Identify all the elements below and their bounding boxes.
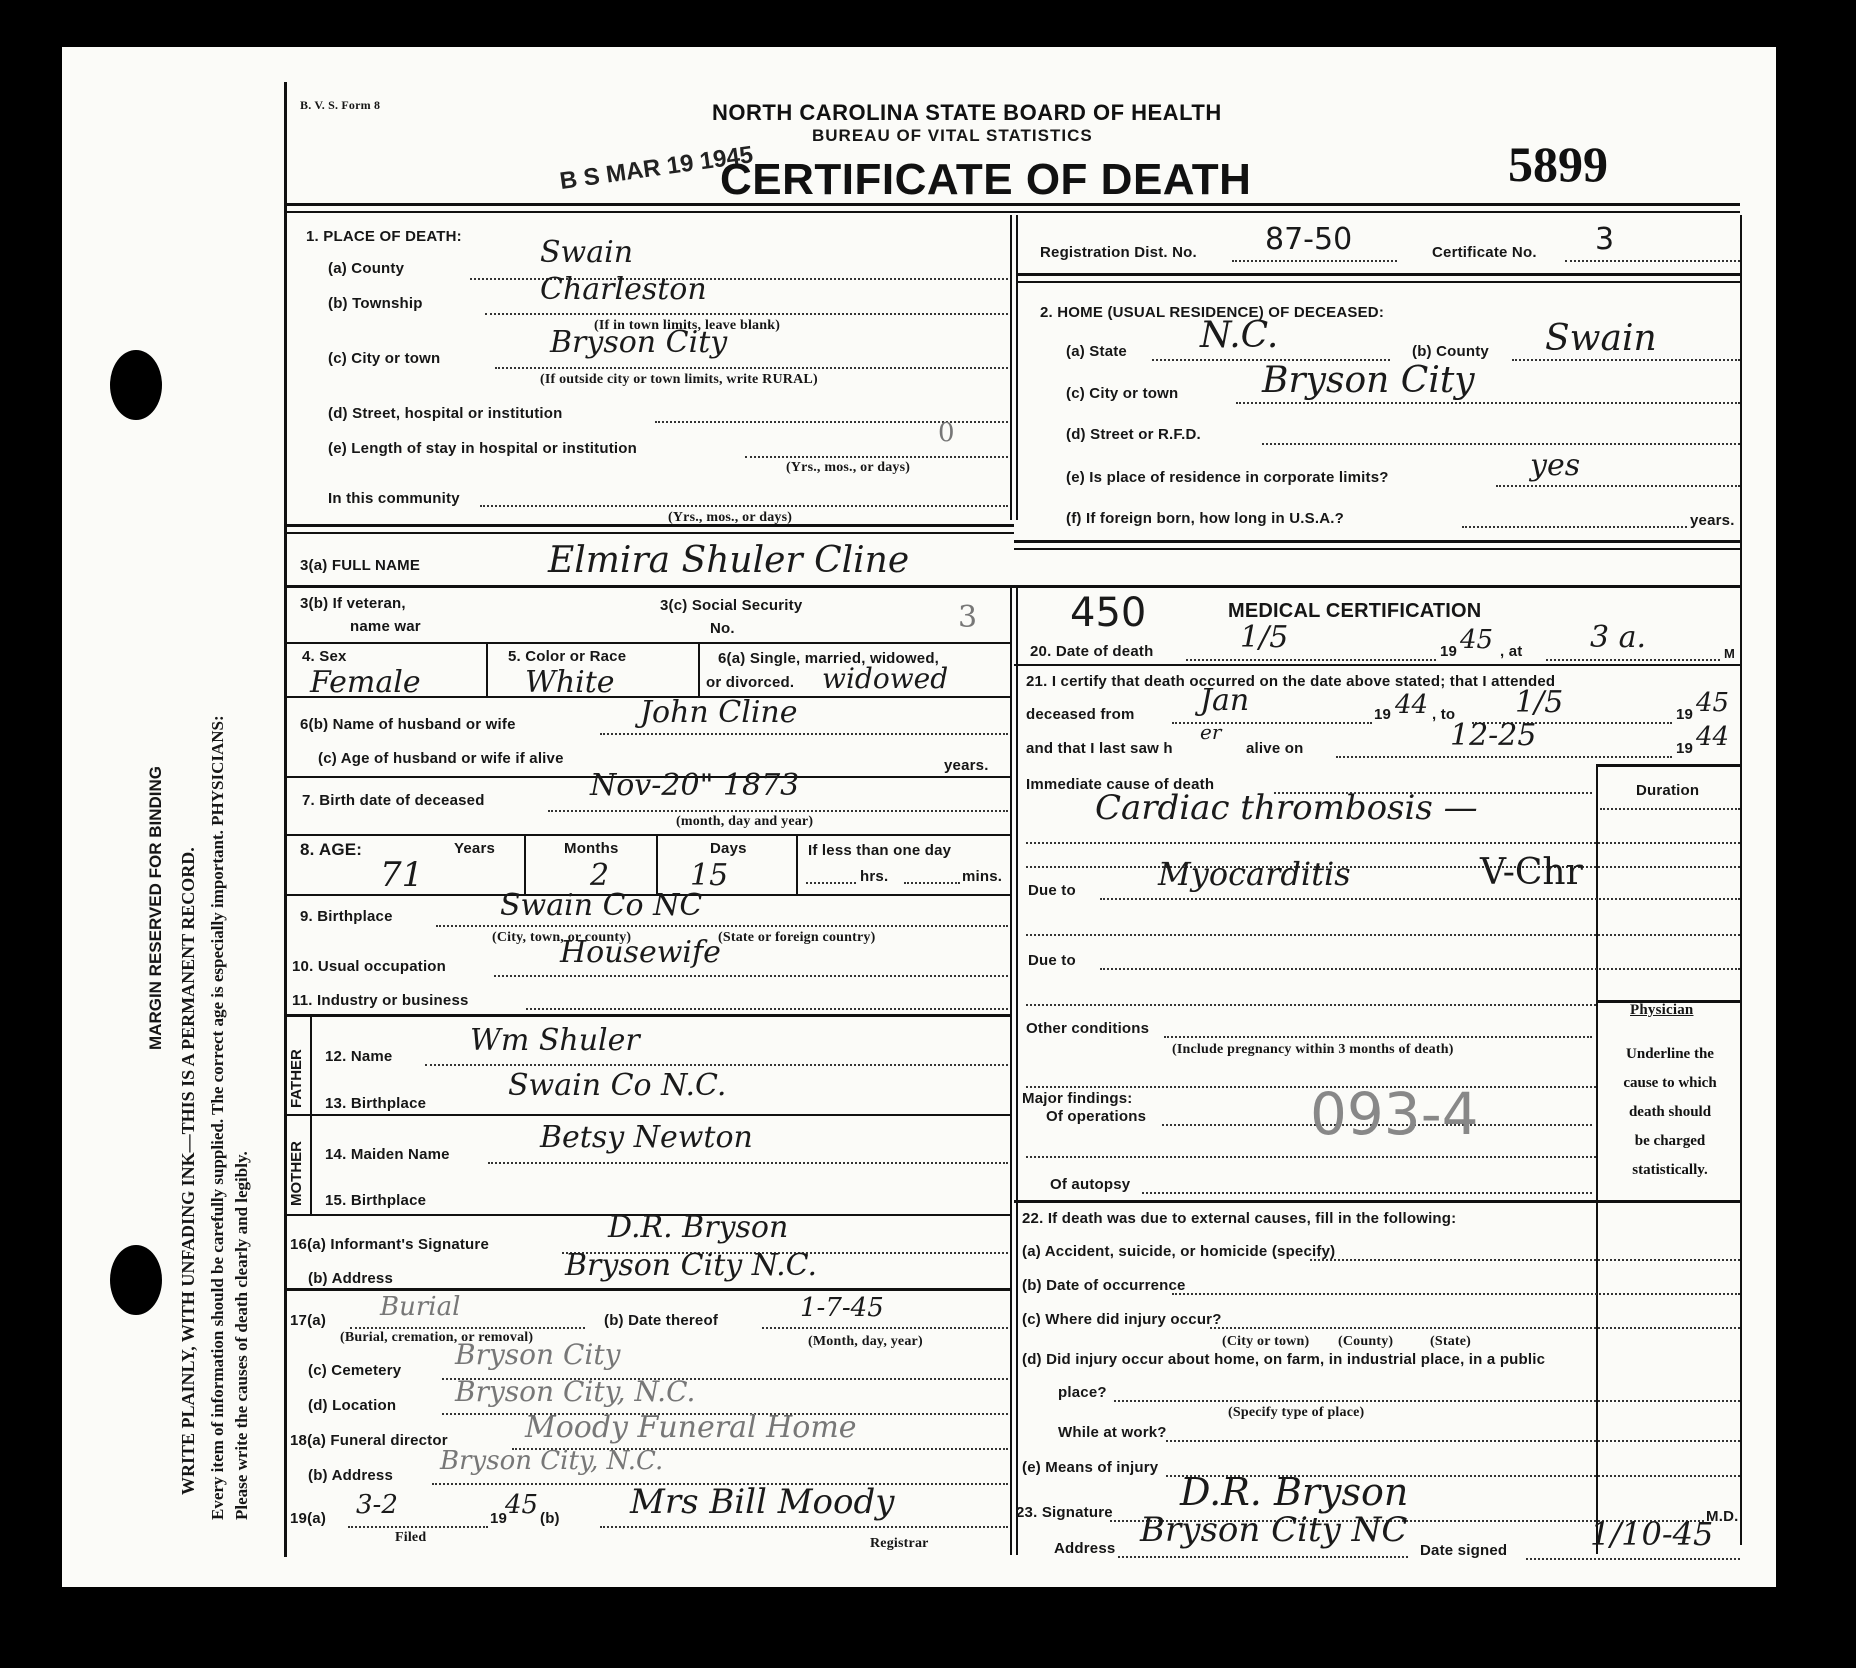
place-of-death-label: 1. PLACE OF DEATH: (306, 228, 462, 245)
birth-date-label: 7. Birth date of deceased (302, 792, 485, 809)
date-signed-line (1526, 1558, 1740, 1560)
race-marital-divider (698, 642, 700, 696)
due-to-line-2 (1100, 968, 1740, 970)
ssn-label-1: 3(c) Social Security (660, 597, 802, 614)
to-value: 1/5 (1515, 685, 1563, 720)
age-years-value: 71 (380, 855, 423, 895)
death-city-value: Bryson City (550, 325, 727, 360)
due-to-value-1: Myocarditis (1158, 855, 1351, 893)
code-stamp: 093-4 (1310, 1080, 1479, 1148)
burial-date-label: (b) Date thereof (604, 1312, 718, 1329)
registrar-line (600, 1526, 1008, 1528)
days-label: Days (710, 840, 747, 857)
informant-label: 16(a) Informant's Signature (290, 1236, 489, 1253)
veteran-divider (284, 642, 1010, 644)
duration-column-divider (1596, 764, 1598, 1554)
death-city-label: (c) City or town (328, 350, 440, 367)
birthplace-note-state: (State or foreign country) (718, 930, 875, 946)
duration-line-1 (1600, 808, 1740, 810)
injury-place-label: (d) Did injury occur about home, on farm… (1022, 1351, 1545, 1368)
sex-label: 4. Sex (302, 648, 347, 665)
foreign-line (1462, 526, 1687, 528)
section-divider-right (1014, 540, 1740, 550)
cause-line-1 (1026, 842, 1740, 844)
to-year-prefix: 19 (1676, 706, 1693, 723)
birth-date-note: (month, day and year) (676, 814, 813, 830)
hrs-label: hrs. (860, 868, 888, 885)
death-date-label: 20. Date of death (1030, 643, 1153, 660)
column-divider-top (1010, 215, 1018, 520)
corporate-label: (e) Is place of residence in corporate l… (1066, 469, 1389, 486)
county-label: (a) County (328, 260, 404, 277)
filed-label: 19(a) (290, 1510, 326, 1527)
home-city-value: Bryson City (1262, 360, 1475, 401)
home-city-label: (c) City or town (1066, 385, 1178, 402)
alive-year-value: 44 (1696, 722, 1729, 752)
injury-where-label: (c) Where did injury occur? (1022, 1311, 1222, 1328)
registration-divider (1016, 273, 1740, 283)
days-hours-divider (796, 834, 798, 894)
cause-line-4 (1026, 1004, 1596, 1006)
home-county-value: Swain (1545, 318, 1657, 359)
to-year-value: 45 (1696, 688, 1729, 718)
sex-value: Female (310, 665, 421, 700)
ssn-label-2: No. (710, 620, 735, 637)
registrar-value: Mrs Bill Moody (630, 1482, 894, 1522)
marital-value: widowed (822, 662, 948, 695)
registrar-note: Registrar (870, 1536, 929, 1552)
father-birthplace-label: 13. Birthplace (325, 1095, 426, 1112)
last-saw-label: and that I last saw h (1026, 740, 1173, 757)
name-divider (284, 585, 1740, 588)
form-id: B. V. S. Form 8 (300, 98, 380, 113)
street-label: (d) Street, hospital or institution (328, 405, 563, 422)
section-divider-left (284, 524, 1014, 534)
township-label: (b) Township (328, 295, 423, 312)
reg-dist-label: Registration Dist. No. (1040, 244, 1197, 261)
home-state-label: (a) State (1066, 343, 1127, 360)
margin-write-plainly: WRITE PLAINLY, WITH UNFADING INK—THIS IS… (178, 847, 199, 1495)
years-months-divider (524, 834, 526, 894)
industry-label: 11. Industry or business (292, 992, 469, 1009)
code-mark: 450 (1070, 590, 1146, 636)
death-date-value: 1/5 (1240, 620, 1288, 655)
cause-line-3 (1026, 934, 1740, 936)
binding-hole-top (110, 350, 162, 420)
operations-label: Of operations (1046, 1108, 1146, 1125)
occupation-line (494, 975, 1008, 977)
margin-instructions-2: Please write the causes of death clearly… (232, 1151, 252, 1520)
home-state-value: N.C. (1200, 315, 1278, 356)
foreign-label: (f) If foreign born, how long in U.S.A.? (1066, 510, 1344, 527)
signature-value: D.R. Bryson (1180, 1470, 1408, 1514)
alive-on-label: alive on (1246, 740, 1303, 757)
burial-type-value: Burial (380, 1292, 460, 1322)
spouse-age-label: (c) Age of husband or wife if alive (318, 750, 564, 767)
marital-label-2: or divorced. (706, 674, 794, 691)
due-to-mark: V-Chr (1480, 852, 1583, 893)
due-to-label-1: Due to (1028, 882, 1076, 899)
injury-note-city: (City or town) (1222, 1334, 1309, 1350)
city-note: (If outside city or town limits, write R… (540, 372, 818, 388)
board-name: NORTH CAROLINA STATE BOARD OF HEALTH (712, 100, 1222, 126)
father-name-label: 12. Name (325, 1048, 392, 1065)
stay-value: 0 (938, 418, 955, 448)
header-divider (284, 203, 1740, 213)
burial-date-line (762, 1327, 1008, 1329)
alive-year-prefix: 19 (1676, 740, 1693, 757)
other-conditions-line (1164, 1036, 1592, 1038)
age-label: 8. AGE: (300, 840, 362, 860)
mother-birthplace-label: 15. Birthplace (325, 1192, 426, 1209)
medical-divider (1014, 1200, 1740, 1203)
filed-date-value: 3-2 (356, 1490, 398, 1520)
race-label: 5. Color or Race (508, 648, 626, 665)
industry-divider (284, 1014, 1010, 1017)
birthplace-line (436, 925, 1008, 927)
stay-note: (Yrs., mos., or days) (786, 460, 910, 476)
physician-note-line: death should (1600, 1098, 1740, 1127)
form-left-border (284, 82, 287, 1557)
burial-line (350, 1327, 585, 1329)
birthplace-value: Swain Co NC (500, 888, 702, 923)
burial-date-value: 1-7-45 (800, 1293, 884, 1323)
home-street-line (1262, 443, 1740, 445)
street-line (655, 421, 1008, 423)
spouse-age-unit: years. (944, 757, 989, 774)
funeral-director-label: 18(a) Funeral director (290, 1432, 448, 1449)
filed-line (348, 1526, 488, 1528)
mother-name-value: Betsy Newton (540, 1120, 753, 1155)
at-label: , at (1500, 643, 1522, 660)
father-birthplace-value: Swain Co N.C. (508, 1068, 726, 1103)
hrs-line (806, 882, 856, 884)
accident-label: (a) Accident, suicide, or homicide (spec… (1022, 1243, 1335, 1260)
attended-from-value: Jan (1200, 683, 1249, 718)
informant-address-label: (b) Address (308, 1270, 393, 1287)
duration-label: Duration (1636, 782, 1699, 799)
death-county-value: Swain (540, 235, 633, 270)
birth-date-value: Nov-20" 1873 (590, 768, 799, 803)
months-label: Months (564, 840, 619, 857)
serial-number: 5899 (1508, 135, 1608, 193)
foreign-unit: years. (1690, 512, 1735, 529)
home-county-label: (b) County (1412, 343, 1489, 360)
certify-text: 21. I certify that death occurred on the… (1026, 673, 1555, 690)
location-value: Bryson City, N.C. (455, 1375, 695, 1408)
margin-instructions-1: Every item of information should be care… (208, 715, 228, 1520)
death-township-value: Charleston (540, 272, 707, 307)
reg-dist-line (1232, 260, 1397, 262)
corporate-value: yes (1530, 448, 1580, 483)
certificate-title: CERTIFICATE OF DEATH (720, 155, 1251, 205)
major-findings-label: Major findings: (1022, 1090, 1133, 1107)
full-name-label: 3(a) FULL NAME (300, 557, 420, 574)
cause-line-2 (1026, 866, 1740, 868)
other-conditions-label: Other conditions (1026, 1020, 1149, 1037)
funeral-address-value: Bryson City, N.C. (440, 1446, 663, 1476)
alive-on-line (1336, 756, 1672, 758)
stay-label: (e) Length of stay in hospital or instit… (328, 440, 637, 457)
signature-label: 23. Signature (1016, 1504, 1113, 1521)
physician-title: Physician (1630, 1002, 1693, 1019)
registrar-label: (b) (540, 1510, 560, 1527)
filed-year-value: 45 (505, 1490, 538, 1520)
death-date-line (1186, 659, 1436, 661)
community-label: In this community (328, 490, 460, 507)
date-signed-value: 1/10-45 (1590, 1515, 1713, 1553)
immediate-cause-value: Cardiac thrombosis — (1095, 788, 1478, 828)
spouse-label: 6(b) Name of husband or wife (300, 716, 516, 733)
township-line (485, 313, 1008, 315)
margin-binding-note: MARGIN RESERVED FOR BINDING (146, 766, 166, 1050)
informant-divider (284, 1288, 1010, 1291)
at-work-line (1166, 1440, 1740, 1442)
date-signed-label: Date signed (1420, 1542, 1507, 1559)
filed-note: Filed (395, 1530, 426, 1546)
physician-note: Underline the cause to which death shoul… (1600, 1040, 1740, 1185)
father-name-line (425, 1064, 1008, 1066)
other-conditions-note: (Include pregnancy within 3 months of de… (1172, 1042, 1454, 1058)
burial-date-note: (Month, day, year) (808, 1334, 923, 1350)
cert-no-label: Certificate No. (1432, 244, 1537, 261)
full-name-value: Elmira Shuler Cline (548, 540, 909, 581)
occupation-label: 10. Usual occupation (292, 958, 446, 975)
attended-from-label: deceased from (1026, 706, 1134, 723)
birth-date-line (548, 810, 1008, 812)
industry-line (526, 1008, 1008, 1010)
burial-label: 17(a) (290, 1312, 326, 1329)
bureau-name: BUREAU OF VITAL STATISTICS (812, 126, 1093, 146)
column-divider-bottom (1010, 585, 1018, 1555)
means-label: (e) Means of injury (1022, 1459, 1158, 1476)
occurrence-date-label: (b) Date of occurrence (1022, 1277, 1186, 1294)
accident-line (1310, 1259, 1740, 1261)
form-right-border (1740, 215, 1742, 1545)
duration-top-rule (1596, 764, 1740, 767)
stay-line (745, 456, 1008, 458)
cert-no-line (1565, 260, 1740, 262)
funeral-address-label: (b) Address (308, 1467, 393, 1484)
physician-note-line: cause to which (1600, 1069, 1740, 1098)
binding-hole-bottom (110, 1245, 162, 1315)
veteran-label-1: 3(b) If veteran, (300, 595, 406, 612)
time-line (1546, 659, 1720, 661)
due-to-label-2: Due to (1028, 952, 1076, 969)
death-year-prefix: 19 (1440, 643, 1457, 660)
death-time-value: 3 a. (1590, 620, 1646, 655)
injury-place-note: (Specify type of place) (1228, 1405, 1364, 1421)
mother-name-line (488, 1162, 1008, 1164)
cemetery-label: (c) Cemetery (308, 1362, 401, 1379)
spouse-value: John Cline (640, 695, 798, 730)
mother-side-label: MOTHER (288, 1141, 305, 1206)
from-year-value: 44 (1395, 690, 1428, 720)
time-unit: M (1724, 646, 1735, 661)
external-causes-title: 22. If death was due to external causes,… (1022, 1210, 1456, 1227)
physician-note-line: Underline the (1600, 1040, 1740, 1069)
death-date-divider (1014, 664, 1740, 666)
mins-line (904, 882, 960, 884)
injury-note-state: (State) (1430, 1334, 1471, 1350)
race-value: White (525, 665, 615, 700)
mins-label: mins. (962, 868, 1002, 885)
ssn-value: 3 (958, 600, 977, 635)
cemetery-value: Bryson City (455, 1338, 620, 1371)
informant-address-value: Bryson City N.C. (565, 1248, 817, 1283)
months-days-divider (656, 834, 658, 894)
years-label: Years (454, 840, 495, 857)
physician-note-line: statistically. (1600, 1156, 1740, 1185)
from-year-prefix: 19 (1374, 706, 1391, 723)
location-label: (d) Location (308, 1397, 396, 1414)
last-saw-pronoun: er (1200, 720, 1221, 744)
injury-where-line (1210, 1327, 1740, 1329)
signature-address-value: Bryson City NC (1140, 1510, 1407, 1550)
reg-dist-value: 87-50 (1265, 222, 1352, 257)
occurrence-date-line (1172, 1293, 1740, 1295)
autopsy-label: Of autopsy (1050, 1176, 1130, 1193)
alive-on-value: 12-25 (1450, 718, 1536, 753)
occupation-value: Housewife (560, 935, 721, 970)
due-to-line-1 (1100, 898, 1740, 900)
death-city-line (495, 367, 1008, 369)
injury-place-label-2: place? (1058, 1384, 1107, 1401)
death-year-value: 45 (1460, 625, 1493, 655)
signature-address-label: Address (1054, 1540, 1115, 1557)
birth-date-divider (284, 834, 1010, 836)
home-city-line (1236, 402, 1740, 404)
informant-value: D.R. Bryson (608, 1210, 788, 1245)
funeral-director-value: Moody Funeral Home (525, 1410, 857, 1445)
corporate-line (1496, 485, 1740, 487)
birthplace-label: 9. Birthplace (300, 908, 393, 925)
sex-race-divider (486, 642, 488, 696)
at-work-label: While at work? (1058, 1424, 1167, 1441)
father-side-label: FATHER (288, 1049, 305, 1108)
spouse-line (600, 733, 1008, 735)
less-than-day-label: If less than one day (808, 842, 951, 859)
injury-note-county: (County) (1338, 1334, 1393, 1350)
home-street-label: (d) Street or R.F.D. (1066, 426, 1201, 443)
father-divider (284, 1114, 1010, 1116)
cert-no-value: 3 (1595, 222, 1614, 257)
mother-name-label: 14. Maiden Name (325, 1146, 450, 1163)
father-name-value: Wm Shuler (470, 1023, 640, 1058)
physician-note-line: be charged (1600, 1127, 1740, 1156)
veteran-label-2: name war (350, 618, 421, 635)
autopsy-line (1142, 1192, 1592, 1194)
cause-line-6 (1026, 1156, 1596, 1158)
signature-address-line (1118, 1556, 1408, 1558)
injury-place-line (1114, 1400, 1740, 1402)
community-line (480, 505, 1008, 507)
home-county-line (1512, 359, 1740, 361)
